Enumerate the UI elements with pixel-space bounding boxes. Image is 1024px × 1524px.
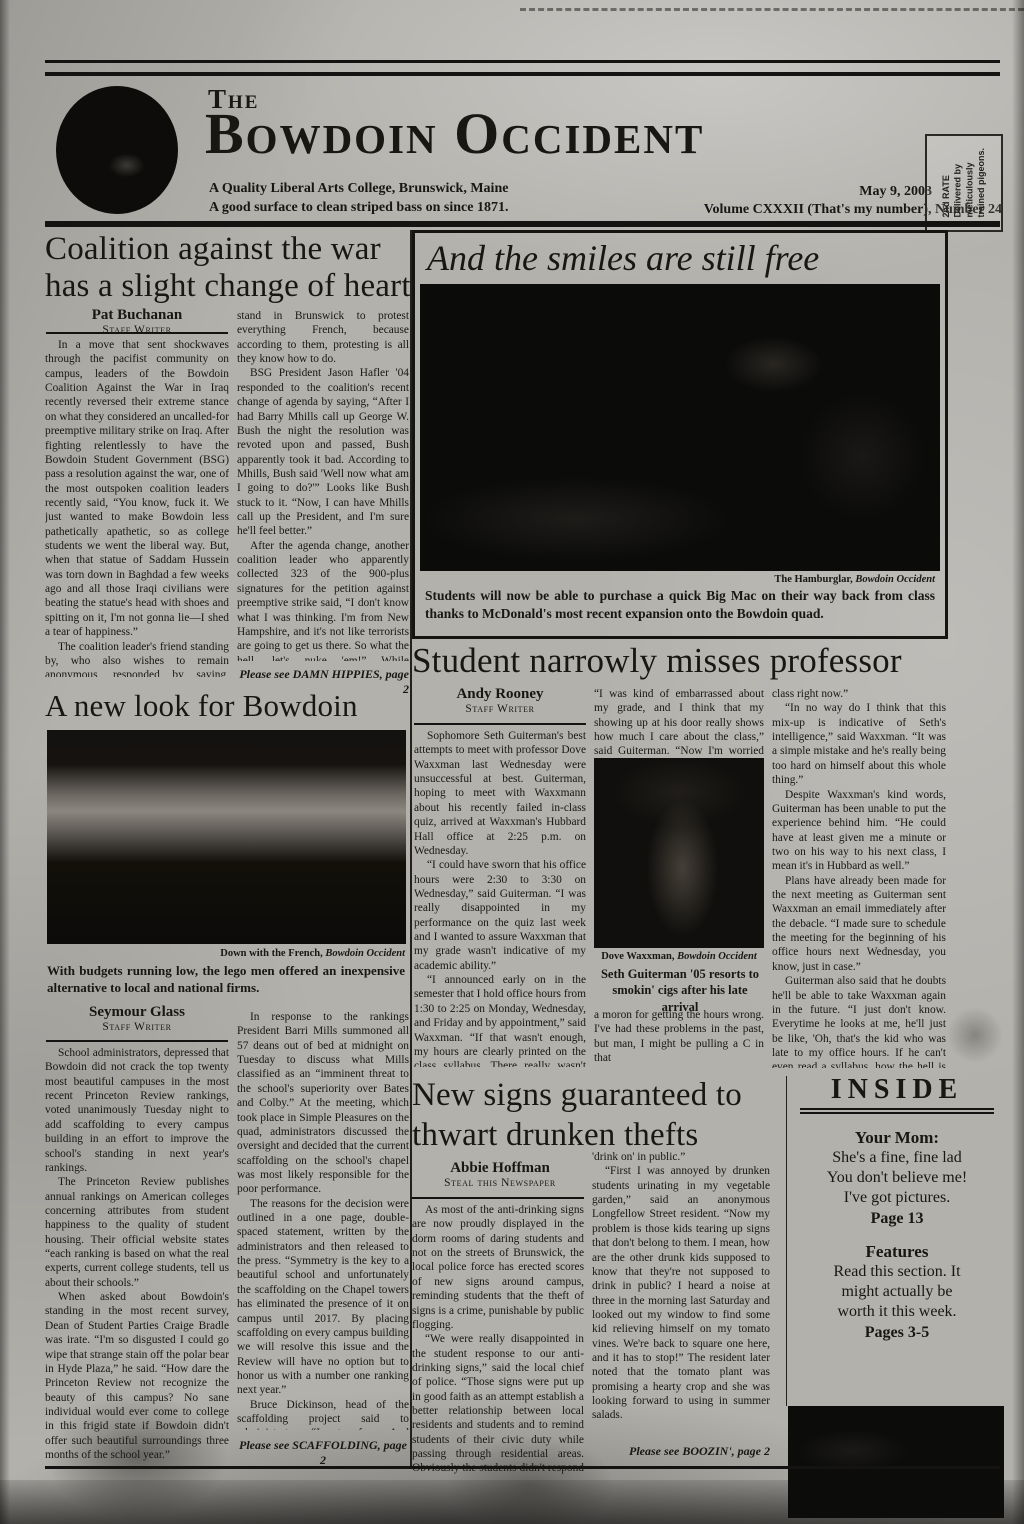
hamburglar-photo bbox=[420, 284, 940, 571]
inside-box: INSIDE Your Mom: She's a fine, fine lad … bbox=[792, 1074, 1002, 1342]
smiles-photo-credit: The Hamburglar, Bowdoin Occident bbox=[425, 574, 935, 585]
coalition-headline: Coalition against the war has a slight c… bbox=[45, 231, 413, 305]
professor-author-role: Staff Writer bbox=[414, 703, 586, 717]
inside-line: She's a fine, fine lad bbox=[792, 1148, 1002, 1168]
professor-column-1: Sophomore Seth Guiterman's best attempts… bbox=[414, 729, 586, 1067]
signs-headline: New signs guaranteed to thwart drunken t… bbox=[412, 1075, 787, 1156]
signs-column-1: As most of the anti-drinking signs are n… bbox=[412, 1203, 584, 1475]
signs-author-role: Steal this Newspaper bbox=[412, 1177, 588, 1191]
inside-rule-1 bbox=[800, 1108, 994, 1110]
newlook-byline: Seymour Glass Staff Writer bbox=[45, 1004, 229, 1034]
scan-dashed-mark bbox=[520, 8, 1024, 11]
bottom-right-photo-block bbox=[788, 1406, 1004, 1518]
smiles-credit-source: Bowdoin Occident bbox=[855, 574, 935, 585]
inside-rule-2 bbox=[800, 1112, 994, 1114]
newlook-byline-rule bbox=[46, 1040, 228, 1042]
coalition-column-2: stand in Brunswick to protest everything… bbox=[237, 309, 409, 661]
tagline-1: A Quality Liberal Arts College, Brunswic… bbox=[209, 181, 508, 197]
signs-column-2: 'drink on' in public.”“First I was annoy… bbox=[592, 1150, 770, 1436]
newlook-jump-line: Please see SCAFFOLDING, page 2 bbox=[237, 1438, 409, 1468]
newlook-caption: With budgets running low, the lego men o… bbox=[47, 963, 405, 997]
coalition-byline-rule bbox=[46, 332, 228, 334]
professor-column-2-bottom: a moron for getting the hours wrong. I'v… bbox=[594, 1008, 764, 1068]
newspaper-title: Bowdoin Occident bbox=[205, 100, 945, 167]
inside-item-title: Your Mom: bbox=[792, 1128, 1002, 1148]
smiles-caption: Students will now be able to purchase a … bbox=[425, 587, 935, 622]
newlook-headline: A new look for Bowdoin bbox=[45, 689, 407, 724]
inside-line: worth it this week. bbox=[792, 1302, 1002, 1322]
inside-line: might actually be bbox=[792, 1282, 1002, 1302]
coalition-author-role: Staff Writer bbox=[45, 324, 229, 338]
newlook-column-1: School administrators, depressed that Bo… bbox=[45, 1046, 229, 1464]
coalition-column-1: In a move that sent shockwaves through t… bbox=[45, 338, 229, 677]
newspaper-page: The Bowdoin Occident A Quality Liberal A… bbox=[0, 0, 1024, 1524]
signs-byline-rule bbox=[412, 1197, 584, 1199]
tagline-2: A good surface to clean striped bass on … bbox=[209, 200, 508, 216]
inside-line: Read this section. It bbox=[792, 1262, 1002, 1282]
feature-smiles-box: And the smiles are still free The Hambur… bbox=[412, 230, 948, 639]
newlook-credit-by: Down with the French, bbox=[220, 948, 322, 959]
inside-item-title: Features bbox=[792, 1242, 1002, 1262]
smiles-credit-by: The Hamburglar, bbox=[774, 574, 852, 585]
guiterman-photo bbox=[594, 758, 764, 948]
issue-date: May 9, 2003 bbox=[700, 184, 932, 200]
top-rule-1 bbox=[45, 60, 1000, 63]
professor-credit-source: Bowdoin Occident bbox=[677, 951, 757, 962]
inside-line: You don't believe me! bbox=[792, 1168, 1002, 1188]
inside-item-your-mom: Your Mom: She's a fine, fine lad You don… bbox=[792, 1128, 1002, 1228]
inside-title: INSIDE bbox=[792, 1074, 1002, 1106]
professor-column-2-top: “I was kind of embarrassed about my grad… bbox=[594, 687, 764, 756]
inside-page-ref: Pages 3-5 bbox=[792, 1324, 1002, 1342]
newlook-credit-source: Bowdoin Occident bbox=[325, 948, 405, 959]
professor-photo-credit: Dove Waxxman, Bowdoin Occident bbox=[594, 951, 764, 962]
signs-author: Abbie Hoffman bbox=[412, 1160, 588, 1177]
newlook-photo-credit: Down with the French, Bowdoin Occident bbox=[47, 948, 405, 959]
lego-photo bbox=[47, 730, 406, 944]
polar-bear-logo bbox=[56, 86, 178, 214]
bottom-rule bbox=[45, 1466, 1000, 1469]
professor-author: Andy Rooney bbox=[414, 686, 586, 703]
signs-jump-line: Please see BOOZIN', page 2 bbox=[592, 1444, 770, 1459]
professor-column-3: class right now.”“In no way do I think t… bbox=[772, 687, 946, 1068]
coalition-author: Pat Buchanan bbox=[45, 307, 229, 324]
newlook-author-role: Staff Writer bbox=[45, 1021, 229, 1035]
professor-byline: Andy Rooney Staff Writer bbox=[414, 686, 586, 716]
postage-stamp: 2nd RATE Delivered by meticulously train… bbox=[925, 134, 1003, 232]
inside-line: I've got pictures. bbox=[792, 1188, 1002, 1208]
inside-divider bbox=[786, 1076, 787, 1406]
newlook-author: Seymour Glass bbox=[45, 1004, 229, 1021]
masthead-rule bbox=[45, 221, 1000, 227]
inside-page-ref: Page 13 bbox=[792, 1210, 1002, 1228]
professor-credit-by: Dove Waxxman, bbox=[601, 951, 674, 962]
newlook-column-2: In response to the rankings President Ba… bbox=[237, 1010, 409, 1430]
signs-byline: Abbie Hoffman Steal this Newspaper bbox=[412, 1160, 588, 1190]
scan-edge-left bbox=[0, 0, 10, 1524]
scan-edge-right bbox=[1012, 0, 1024, 1524]
professor-headline: Student narrowly misses professor bbox=[412, 641, 957, 680]
inside-item-features: Features Read this section. It might act… bbox=[792, 1242, 1002, 1342]
smiles-headline: And the smiles are still free bbox=[427, 237, 933, 279]
top-rule-2 bbox=[45, 72, 1000, 76]
postage-stamp-text: 2nd RATE Delivered by meticulously train… bbox=[941, 148, 988, 218]
professor-byline-rule bbox=[414, 723, 586, 725]
